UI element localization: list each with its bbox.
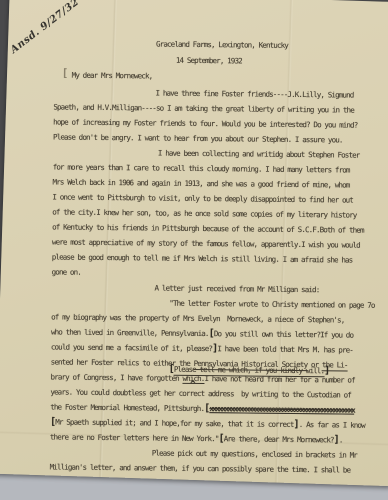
letter-salutation: My dear Mrs Morneweck, bbox=[72, 71, 153, 81]
handwritten-answered-note: Ansd. 9/27/32 bbox=[9, 0, 92, 56]
letter-body: I have three fine Foster friends----J.K.… bbox=[50, 84, 378, 477]
letter-date: 14 September, 1932 bbox=[176, 56, 242, 66]
pencil-bracket-mark: [ bbox=[62, 67, 69, 80]
scan-background: { "scan": { "handwritten_note": "Ansd. 9… bbox=[0, 0, 388, 500]
paper-sheet: Ansd. 9/27/32 Graceland Farms, Lexington… bbox=[0, 0, 388, 486]
letter-heading: Graceland Farms, Lexington, Kentucky bbox=[156, 40, 288, 50]
letter-line: Milligan's letter, and answer them, if y… bbox=[50, 459, 374, 477]
letter-content: Ansd. 9/27/32 Graceland Farms, Lexington… bbox=[0, 0, 388, 482]
